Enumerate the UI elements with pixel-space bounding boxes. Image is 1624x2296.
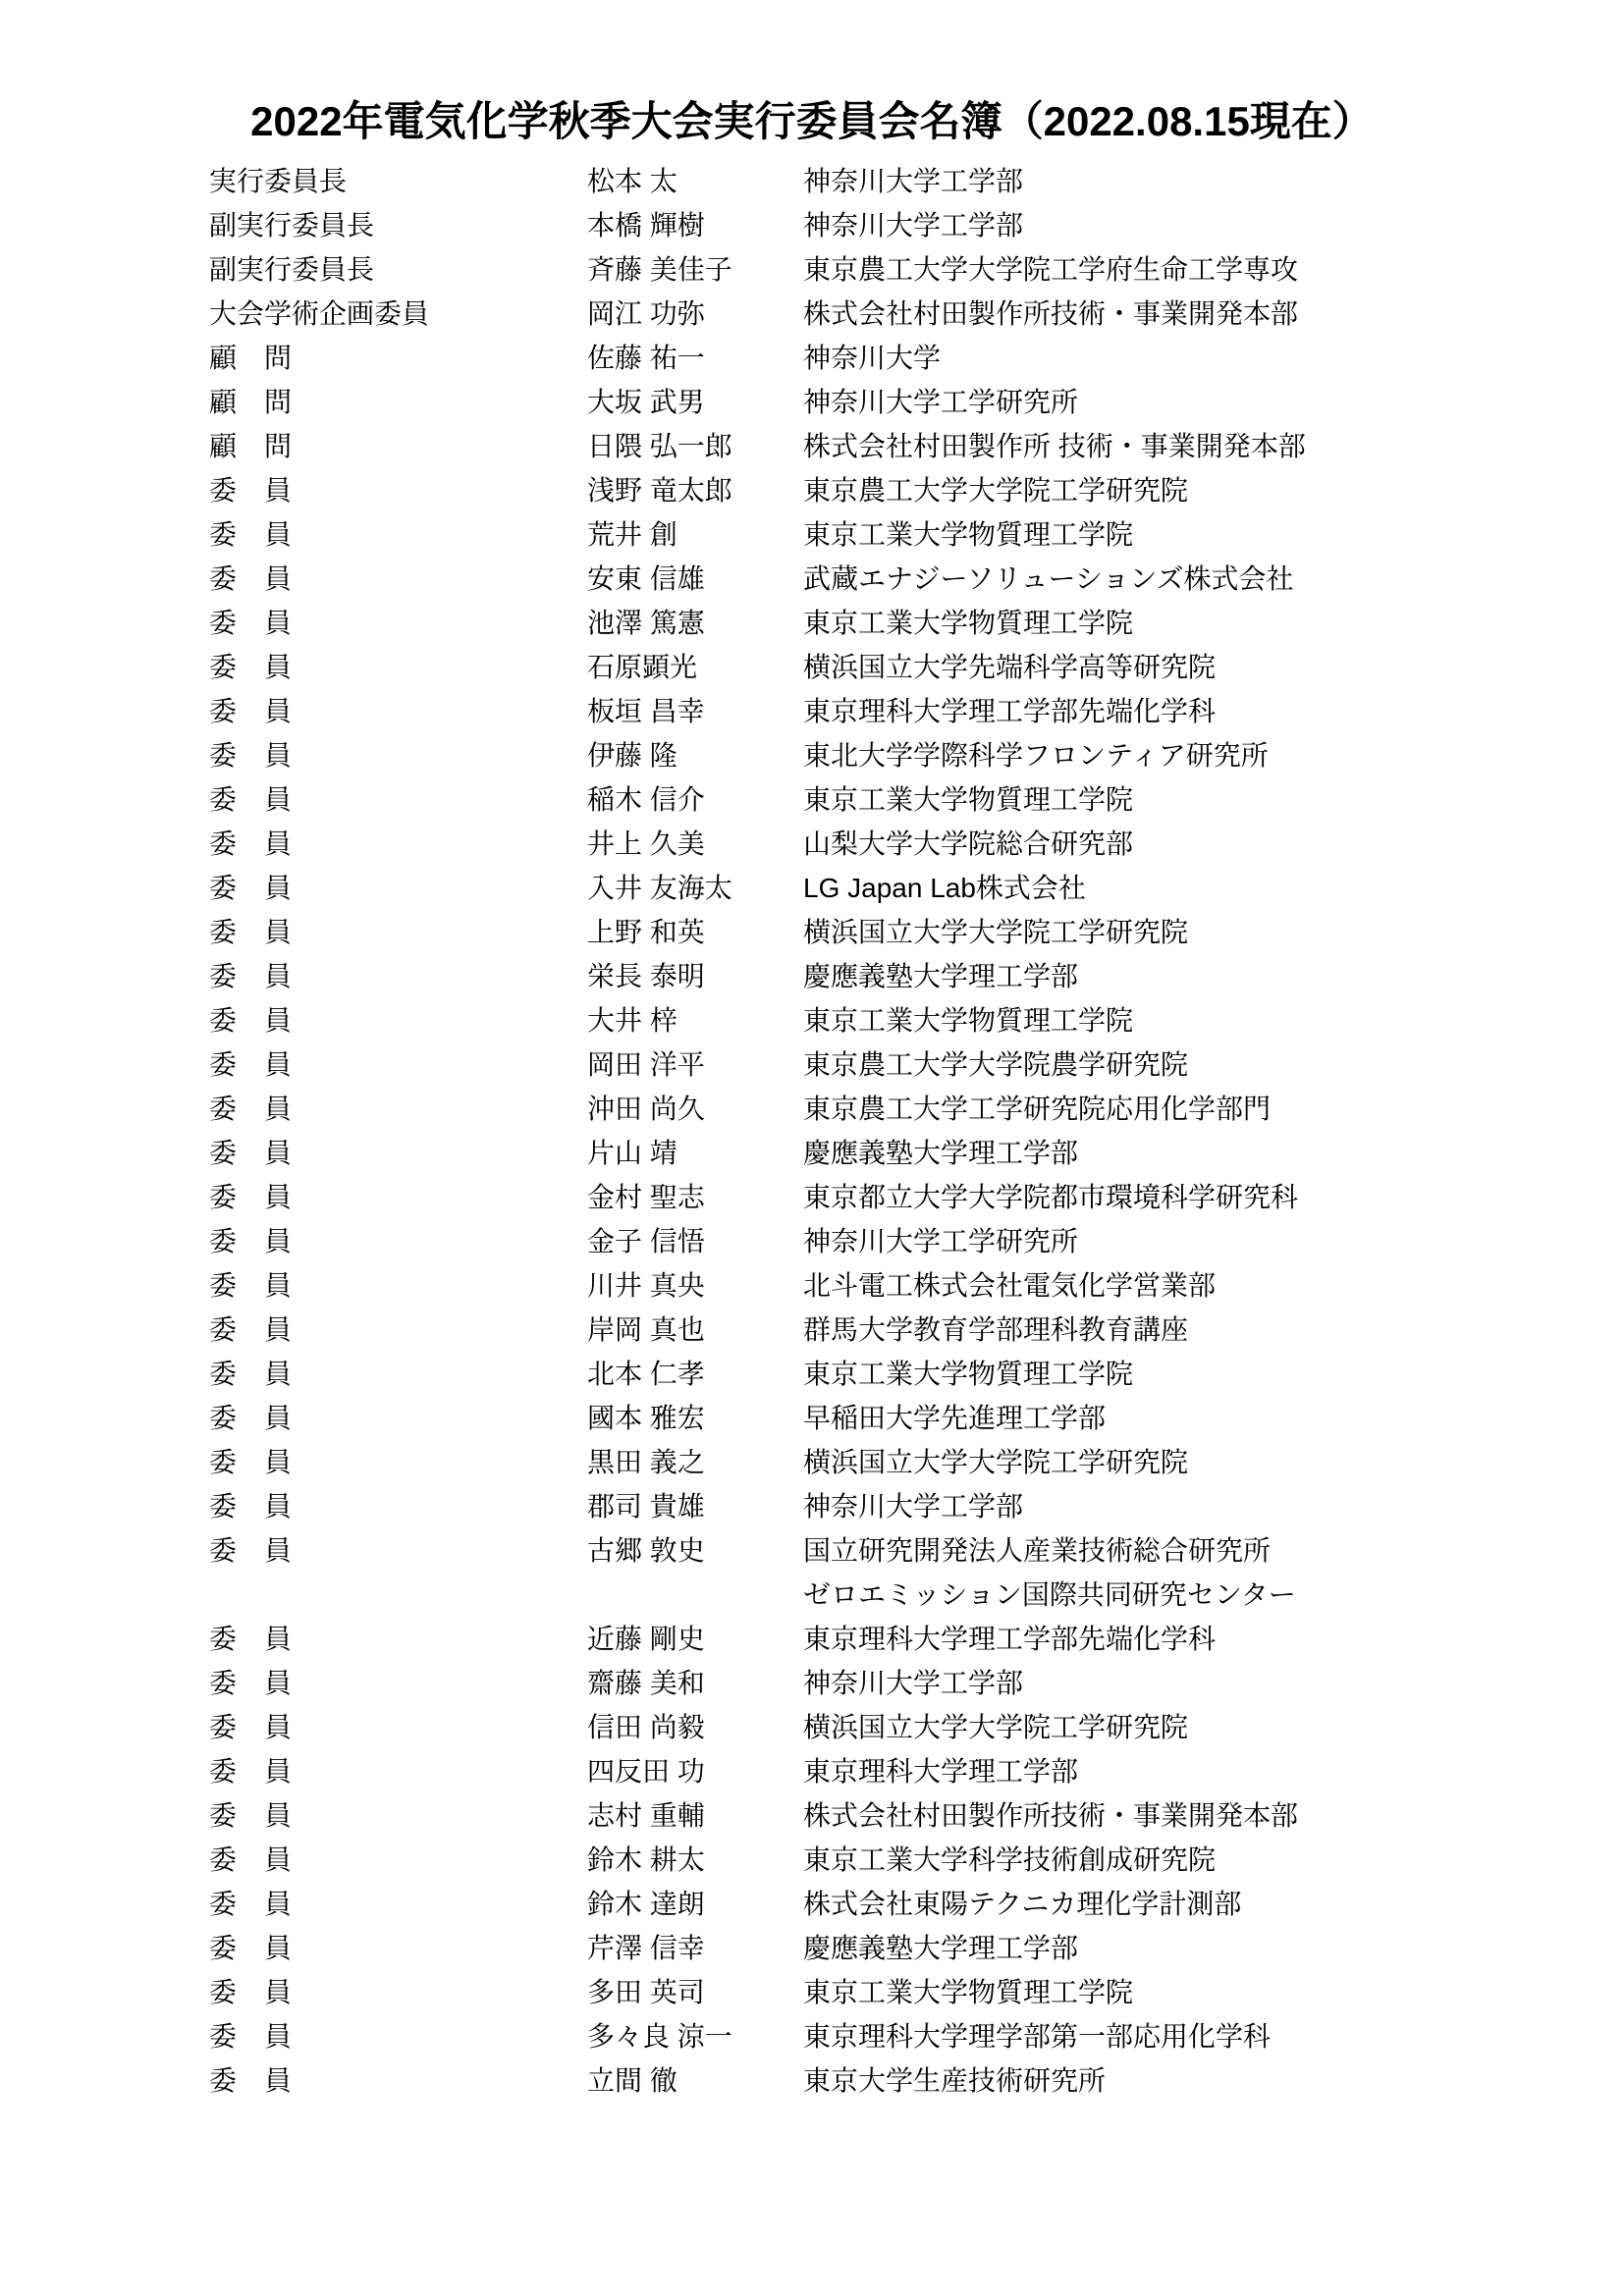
member-affiliation: 神奈川大学 — [803, 336, 1624, 380]
member-role: 大会学術企画委員 — [209, 292, 587, 336]
member-name: 金子 信悟 — [587, 1219, 803, 1263]
table-row: 委 員 立間 徹 東京大学生産技術研究所 — [209, 2058, 1624, 2103]
member-affiliation: 東京農工大学工学研究院応用化学部門 — [803, 1087, 1624, 1131]
member-role: 委 員 — [209, 1793, 587, 1838]
member-affiliation: 東京農工大学大学院農学研究院 — [803, 1042, 1624, 1087]
member-role: 委 員 — [209, 954, 587, 998]
member-name: 入井 友海太 — [587, 866, 803, 910]
member-name: 松本 太 — [587, 159, 803, 203]
member-name: 國本 雅宏 — [587, 1396, 803, 1440]
member-name: 佐藤 祐一 — [587, 336, 803, 380]
table-row: 大会学術企画委員 岡江 功弥 株式会社村田製作所技術・事業開発本部 — [209, 292, 1624, 336]
member-name: 鈴木 耕太 — [587, 1838, 803, 1882]
member-role: 委 員 — [209, 1882, 587, 1926]
member-affiliation: 群馬大学教育学部理科教育講座 — [803, 1308, 1624, 1352]
member-role: 委 員 — [209, 1705, 587, 1749]
member-name: 金村 聖志 — [587, 1175, 803, 1219]
table-row: 副実行委員長 本橋 輝樹 神奈川大学工学部 — [209, 203, 1624, 247]
member-name: 芹澤 信幸 — [587, 1926, 803, 1970]
member-affiliation: 東京工業大学科学技術創成研究院 — [803, 1838, 1624, 1882]
table-row: 委 員 岡田 洋平 東京農工大学大学院農学研究院 — [209, 1042, 1624, 1087]
member-name: 黒田 義之 — [587, 1440, 803, 1484]
table-row: 委 員 金村 聖志 東京都立大学大学院都市環境科学研究科 — [209, 1175, 1624, 1219]
member-name: 荒井 創 — [587, 512, 803, 557]
table-row: 顧 問 日隈 弘一郎 株式会社村田製作所 技術・事業開発本部 — [209, 424, 1624, 468]
table-row: 委 員 志村 重輔 株式会社村田製作所技術・事業開発本部 — [209, 1793, 1624, 1838]
member-name: 岡田 洋平 — [587, 1042, 803, 1087]
table-row: 委 員 石原顕光 横浜国立大学先端科学高等研究院 — [209, 645, 1624, 689]
member-role: 委 員 — [209, 1926, 587, 1970]
table-row: 委 員 大井 梓 東京工業大学物質理工学院 — [209, 998, 1624, 1042]
table-row: 委 員 荒井 創 東京工業大学物質理工学院 — [209, 512, 1624, 557]
member-role: 委 員 — [209, 1308, 587, 1352]
member-name: 井上 久美 — [587, 822, 803, 866]
member-role: 委 員 — [209, 1838, 587, 1882]
member-name: 多田 英司 — [587, 1970, 803, 2014]
table-row: 委 員 川井 真央 北斗電工株式会社電気化学営業部 — [209, 1263, 1624, 1308]
member-affiliation: 東京工業大学物質理工学院 — [803, 1352, 1624, 1396]
document-page: 2022年電気化学秋季大会実行委員会名簿（2022.08.15現在） 実行委員長… — [0, 0, 1624, 2296]
member-name: 立間 徹 — [587, 2058, 803, 2103]
member-name: 北本 仁孝 — [587, 1352, 803, 1396]
member-affiliation: 慶應義塾大学理工学部 — [803, 1131, 1624, 1175]
member-affiliation: 神奈川大学工学部 — [803, 1484, 1624, 1528]
member-name: 稲木 信介 — [587, 777, 803, 822]
member-role: 委 員 — [209, 1970, 587, 2014]
member-affiliation: 横浜国立大学先端科学高等研究院 — [803, 645, 1624, 689]
member-name: 志村 重輔 — [587, 1793, 803, 1838]
member-role: 委 員 — [209, 1131, 587, 1175]
member-affiliation: LG Japan Lab株式会社 — [803, 866, 1624, 910]
member-name: 齋藤 美和 — [587, 1661, 803, 1705]
table-row: 副実行委員長 斉藤 美佳子 東京農工大学大学院工学府生命工学専攻 — [209, 247, 1624, 292]
member-role: 副実行委員長 — [209, 247, 587, 292]
table-row: 委 員 北本 仁孝 東京工業大学物質理工学院 — [209, 1352, 1624, 1396]
member-role: 顧 問 — [209, 380, 587, 424]
table-row: 委 員 金子 信悟 神奈川大学工学研究所 — [209, 1219, 1624, 1263]
member-affiliation: 山梨大学大学院総合研究部 — [803, 822, 1624, 866]
table-row: 委 員 板垣 昌幸 東京理科大学理工学部先端化学科 — [209, 689, 1624, 733]
member-affiliation: 株式会社村田製作所技術・事業開発本部 — [803, 292, 1624, 336]
table-row: 委 員 多々良 涼一 東京理科大学理学部第一部応用化学科 — [209, 2014, 1624, 2058]
member-affiliation: 神奈川大学工学部 — [803, 1661, 1624, 1705]
member-name: 信田 尚毅 — [587, 1705, 803, 1749]
member-affiliation: 東京理科大学理工学部先端化学科 — [803, 1617, 1624, 1661]
member-affiliation: 武蔵エナジーソリューションズ株式会社 — [803, 557, 1624, 601]
member-affiliation: 東北大学学際科学フロンティア研究所 — [803, 733, 1624, 777]
member-role: 委 員 — [209, 512, 587, 557]
table-row: 委 員 上野 和英 横浜国立大学大学院工学研究院 — [209, 910, 1624, 954]
member-affiliation: 東京農工大学大学院工学府生命工学専攻 — [803, 247, 1624, 292]
member-role: 顧 問 — [209, 336, 587, 380]
member-affiliation: 東京工業大学物質理工学院 — [803, 601, 1624, 645]
member-affiliation: 東京理科大学理工学部 — [803, 1749, 1624, 1793]
table-row: 顧 問 大坂 武男 神奈川大学工学研究所 — [209, 380, 1624, 424]
member-affiliation: 北斗電工株式会社電気化学営業部 — [803, 1263, 1624, 1308]
member-role: 委 員 — [209, 1617, 587, 1661]
committee-roster: 実行委員長 松本 太 神奈川大学工学部 副実行委員長 本橋 輝樹 神奈川大学工学… — [209, 159, 1624, 2103]
member-role: 委 員 — [209, 1749, 587, 1793]
member-affiliation: 横浜国立大学大学院工学研究院 — [803, 1440, 1624, 1484]
member-affiliation: 神奈川大学工学研究所 — [803, 1219, 1624, 1263]
member-name: 本橋 輝樹 — [587, 203, 803, 247]
table-row: 委 員 芹澤 信幸 慶應義塾大学理工学部 — [209, 1926, 1624, 1970]
member-affiliation: 東京工業大学物質理工学院 — [803, 1970, 1624, 2014]
member-affiliation: 東京理科大学理学部第一部応用化学科 — [803, 2014, 1624, 2058]
member-affiliation: 東京大学生産技術研究所 — [803, 2058, 1624, 2103]
member-name: 石原顕光 — [587, 645, 803, 689]
member-role: 委 員 — [209, 1484, 587, 1528]
member-affiliation: 神奈川大学工学研究所 — [803, 380, 1624, 424]
member-role: 委 員 — [209, 733, 587, 777]
member-name: 板垣 昌幸 — [587, 689, 803, 733]
table-row: 委 員 池澤 篤憲 東京工業大学物質理工学院 — [209, 601, 1624, 645]
member-name: 安東 信雄 — [587, 557, 803, 601]
table-row: 委 員 郡司 貴雄 神奈川大学工学部 — [209, 1484, 1624, 1528]
table-row: 委 員 入井 友海太 LG Japan Lab株式会社 — [209, 866, 1624, 910]
member-role: 委 員 — [209, 822, 587, 866]
table-row: 委 員 齋藤 美和 神奈川大学工学部 — [209, 1661, 1624, 1705]
member-affiliation: 東京都立大学大学院都市環境科学研究科 — [803, 1175, 1624, 1219]
member-role: 委 員 — [209, 468, 587, 512]
member-role: 委 員 — [209, 557, 587, 601]
member-affiliation: 東京工業大学物質理工学院 — [803, 777, 1624, 822]
member-affiliation: 株式会社村田製作所技術・事業開発本部 — [803, 1793, 1624, 1838]
member-role: 委 員 — [209, 998, 587, 1042]
table-row: 委 員 黒田 義之 横浜国立大学大学院工学研究院 — [209, 1440, 1624, 1484]
member-affiliation: 早稲田大学先進理工学部 — [803, 1396, 1624, 1440]
member-role: 委 員 — [209, 689, 587, 733]
member-role: 委 員 — [209, 2014, 587, 2058]
table-row: 委 員 片山 靖 慶應義塾大学理工学部 — [209, 1131, 1624, 1175]
member-role: 副実行委員長 — [209, 203, 587, 247]
member-affiliation: 株式会社東陽テクニカ理化学計測部 — [803, 1882, 1624, 1926]
member-name: 栄長 泰明 — [587, 954, 803, 998]
member-role: 委 員 — [209, 1352, 587, 1396]
table-row: 委 員 岸岡 真也 群馬大学教育学部理科教育講座 — [209, 1308, 1624, 1352]
member-name: 岡江 功弥 — [587, 292, 803, 336]
member-role: 委 員 — [209, 645, 587, 689]
member-affiliation: 慶應義塾大学理工学部 — [803, 1926, 1624, 1970]
member-role: 委 員 — [209, 866, 587, 910]
member-affiliation: 神奈川大学工学部 — [803, 159, 1624, 203]
member-name: 岸岡 真也 — [587, 1308, 803, 1352]
member-name: 日隈 弘一郎 — [587, 424, 803, 468]
page-title: 2022年電気化学秋季大会実行委員会名簿（2022.08.15現在） — [0, 98, 1624, 145]
member-role: 委 員 — [209, 1661, 587, 1705]
member-name: 大井 梓 — [587, 998, 803, 1042]
table-row: 委 員 近藤 剛史 東京理科大学理工学部先端化学科 — [209, 1617, 1624, 1661]
member-affiliation: 東京農工大学大学院工学研究院 — [803, 468, 1624, 512]
table-row: 委 員 安東 信雄 武蔵エナジーソリューションズ株式会社 — [209, 557, 1624, 601]
member-name: 鈴木 達朗 — [587, 1882, 803, 1926]
member-name: 上野 和英 — [587, 910, 803, 954]
member-role: 委 員 — [209, 1042, 587, 1087]
member-role: 委 員 — [209, 1440, 587, 1484]
member-name: 多々良 涼一 — [587, 2014, 803, 2058]
member-affiliation: 横浜国立大学大学院工学研究院 — [803, 910, 1624, 954]
member-name: 浅野 竜太郎 — [587, 468, 803, 512]
table-row: 実行委員長 松本 太 神奈川大学工学部 — [209, 159, 1624, 203]
member-role: 委 員 — [209, 601, 587, 645]
member-affiliation: 株式会社村田製作所 技術・事業開発本部 — [803, 424, 1624, 468]
member-role: 委 員 — [209, 1219, 587, 1263]
member-role: 委 員 — [209, 2058, 587, 2103]
table-row: 委 員 鈴木 耕太 東京工業大学科学技術創成研究院 — [209, 1838, 1624, 1882]
member-affiliation: 東京工業大学物質理工学院 — [803, 998, 1624, 1042]
table-row: 委 員 井上 久美 山梨大学大学院総合研究部 — [209, 822, 1624, 866]
member-name: 大坂 武男 — [587, 380, 803, 424]
table-row: 委 員 栄長 泰明 慶應義塾大学理工学部 — [209, 954, 1624, 998]
table-row: 委 員 鈴木 達朗 株式会社東陽テクニカ理化学計測部 — [209, 1882, 1624, 1926]
member-name: 川井 真央 — [587, 1263, 803, 1308]
member-role: 委 員 — [209, 1528, 587, 1573]
member-affiliation: 東京理科大学理工学部先端化学科 — [803, 689, 1624, 733]
member-name: 近藤 剛史 — [587, 1617, 803, 1661]
member-name: 斉藤 美佳子 — [587, 247, 803, 292]
table-row: 委 員 信田 尚毅 横浜国立大学大学院工学研究院 — [209, 1705, 1624, 1749]
table-row: 委 員 稲木 信介 東京工業大学物質理工学院 — [209, 777, 1624, 822]
table-row: 委 員 多田 英司 東京工業大学物質理工学院 — [209, 1970, 1624, 2014]
member-name: 古郷 敦史 — [587, 1528, 803, 1573]
member-name: 池澤 篤憲 — [587, 601, 803, 645]
member-role: 顧 問 — [209, 424, 587, 468]
table-row: 委 員 古郷 敦史 国立研究開発法人産業技術総合研究所 ゼロエミッション国際共同… — [209, 1528, 1624, 1617]
member-role: 委 員 — [209, 1087, 587, 1131]
member-affiliation: 横浜国立大学大学院工学研究院 — [803, 1705, 1624, 1749]
member-affiliation: 神奈川大学工学部 — [803, 203, 1624, 247]
member-affiliation: 国立研究開発法人産業技術総合研究所 ゼロエミッション国際共同研究センター — [803, 1528, 1624, 1617]
member-affiliation: 東京工業大学物質理工学院 — [803, 512, 1624, 557]
table-row: 委 員 國本 雅宏 早稲田大学先進理工学部 — [209, 1396, 1624, 1440]
member-name: 伊藤 隆 — [587, 733, 803, 777]
member-name: 四反田 功 — [587, 1749, 803, 1793]
member-name: 郡司 貴雄 — [587, 1484, 803, 1528]
member-name: 沖田 尚久 — [587, 1087, 803, 1131]
member-role: 委 員 — [209, 910, 587, 954]
table-row: 委 員 伊藤 隆 東北大学学際科学フロンティア研究所 — [209, 733, 1624, 777]
table-row: 委 員 浅野 竜太郎 東京農工大学大学院工学研究院 — [209, 468, 1624, 512]
member-role: 委 員 — [209, 1263, 587, 1308]
table-row: 委 員 沖田 尚久 東京農工大学工学研究院応用化学部門 — [209, 1087, 1624, 1131]
table-row: 顧 問 佐藤 祐一 神奈川大学 — [209, 336, 1624, 380]
member-role: 委 員 — [209, 777, 587, 822]
member-role: 実行委員長 — [209, 159, 587, 203]
member-affiliation: 慶應義塾大学理工学部 — [803, 954, 1624, 998]
table-row: 委 員 四反田 功 東京理科大学理工学部 — [209, 1749, 1624, 1793]
member-role: 委 員 — [209, 1175, 587, 1219]
member-name: 片山 靖 — [587, 1131, 803, 1175]
member-role: 委 員 — [209, 1396, 587, 1440]
